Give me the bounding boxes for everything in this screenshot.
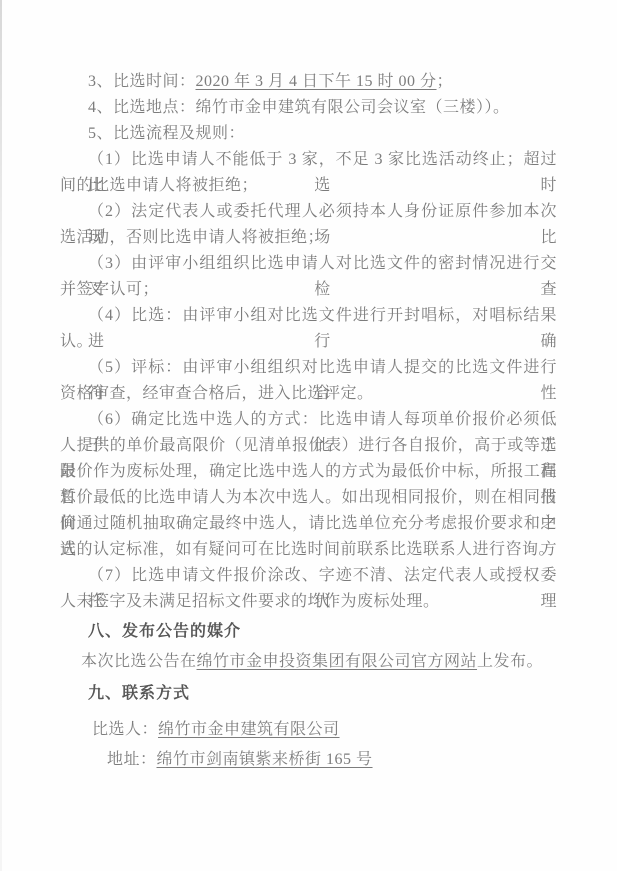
text-segment: 3、比选时间： <box>88 73 196 90</box>
text-segment: 选活动，否则比选申请人将被拒绝； <box>60 229 324 246</box>
line-item5-rules-title: 5、比选流程及规则： <box>60 121 557 147</box>
text-segment: （4）比选：由评审小组对比选文件进行开封唱标，对唱标结果进行确 <box>88 307 557 350</box>
line-rule6-c: 限价作为废标处理，确定比选中选人的方式为最低价中标，所报工程暂估 <box>60 459 557 485</box>
text-segment: 4、比选地点：绵竹市金申建筑有限公司会议室（三楼））。 <box>88 99 510 116</box>
text-segment: ； <box>437 73 454 90</box>
line-item4-place: 4、比选地点：绵竹市金申建筑有限公司会议室（三楼））。 <box>60 95 557 121</box>
line-rule4-a: （4）比选：由评审小组对比选文件进行开封唱标，对唱标结果进行确 <box>60 303 557 329</box>
underlined-text: 绵竹市金申建筑有限公司 <box>158 721 340 738</box>
line-rule6-d: 总价最低的比选申请人为本次中选人。如出现相同报价，则在相同报价之 <box>60 485 557 511</box>
underlined-text: 绵竹市金申投资集团有限公司官方网站 <box>197 653 478 670</box>
text-segment: 资格审查，经审查合格后，进入比选评定。 <box>60 385 374 402</box>
underlined-text: 绵竹市剑南镇紫来桥街 165 号 <box>157 751 373 768</box>
text-segment: 人未签字及未满足招标文件要求的均作为废标处理。 <box>60 593 440 610</box>
line-item3-time: 3、比选时间：2020 年 3 月 4 日下午 15 时 00 分； <box>60 69 557 95</box>
line-contact-bixuanren: 比选人：绵竹市金申建筑有限公司 <box>60 717 557 743</box>
scanned-document-page: 3、比选时间：2020 年 3 月 4 日下午 15 时 00 分；4、比选地点… <box>0 0 617 871</box>
line-rule1-a: （1）比选申请人不能低于 3 家，不足 3 家比选活动终止；超过比选时 <box>60 147 557 173</box>
text-segment: 并签字认可； <box>60 281 159 298</box>
text-segment: 比选人： <box>92 721 158 738</box>
line-rule6-b: 人提供的单价最高限价（见清单报价表）进行各自报价，高于或等于最高 <box>60 433 557 459</box>
text-segment: 八、发布公告的媒介 <box>88 623 241 640</box>
heading-section-8: 八、发布公告的媒介 <box>60 619 557 645</box>
text-segment: 认。 <box>60 333 93 350</box>
scan-edge-artifact <box>0 0 2 871</box>
underlined-text: 2020 年 3 月 4 日下午 15 时 00 分 <box>196 73 437 90</box>
line-rule6-a: （6）确定比选中选人的方式：比选申请人每项单价报价必须低于比选 <box>60 407 557 433</box>
heading-section-9: 九、联系方式 <box>60 681 557 707</box>
line-rule7-a: （7）比选申请文件报价涂改、字迹不清、法定代表人或授权委托代理 <box>60 563 557 589</box>
text-segment: 式的认定标准，如有疑问可在比选时间前联系比选联系人进行咨询。 <box>60 541 555 558</box>
text-segment: 5、比选流程及规则： <box>88 125 245 142</box>
line-rule3-a: （3）由评审小组组织比选申请人对比选文件的密封情况进行交叉检查 <box>60 251 557 277</box>
line-announce-media: 本次比选公告在绵竹市金申投资集团有限公司官方网站上发布。 <box>60 649 557 675</box>
line-rule6-e: 间通过随机抽取确定最终中选人，请比选单位充分考虑报价要求和中选方 <box>60 511 557 537</box>
text-segment: 本次比选公告在 <box>81 653 197 670</box>
text-segment: 九、联系方式 <box>88 685 190 702</box>
document-body: 3、比选时间：2020 年 3 月 4 日下午 15 时 00 分；4、比选地点… <box>60 69 557 773</box>
text-segment: 地址： <box>107 751 157 768</box>
line-rule2-a: （2）法定代表人或委托代理人必须持本人身份证原件参加本次现场比 <box>60 199 557 225</box>
line-rule6-f: 式的认定标准，如有疑问可在比选时间前联系比选联系人进行咨询。 <box>60 537 557 563</box>
line-rule5-a: （5）评标：由评审小组组织对比选申请人提交的比选文件进行符合性 <box>60 355 557 381</box>
text-segment: 间的比选申请人将被拒绝； <box>60 177 258 194</box>
text-segment: 上发布。 <box>477 653 543 670</box>
line-contact-address: 地址：绵竹市剑南镇紫来桥街 165 号 <box>60 747 557 773</box>
